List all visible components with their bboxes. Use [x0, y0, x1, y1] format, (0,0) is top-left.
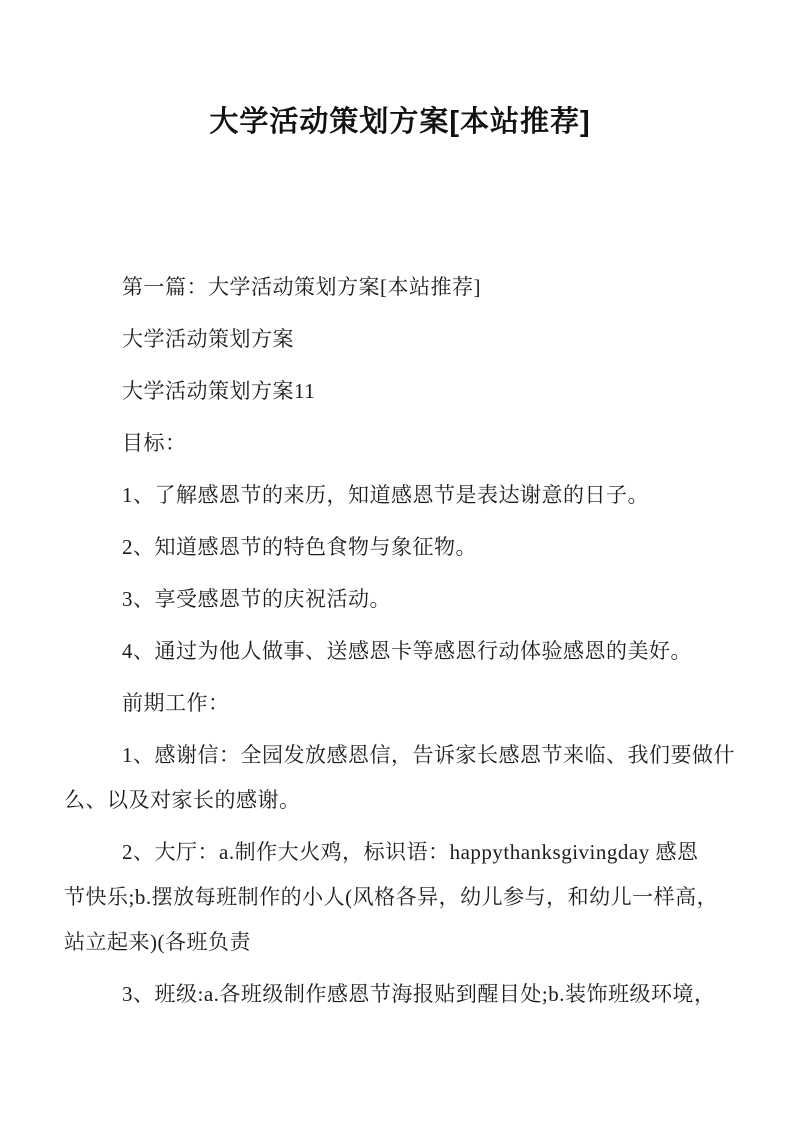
paragraph: 3、班级:a.各班级制作感恩节海报贴到醒目处;b.装饰班级环境，: [64, 972, 736, 1017]
document-body: 第一篇：大学活动策划方案[本站推荐] 大学活动策划方案 大学活动策划方案11 目…: [64, 265, 736, 1017]
paragraph-line: 大学活动策划方案: [64, 317, 736, 362]
paragraph-line: 第一篇：大学活动策划方案[本站推荐]: [64, 265, 736, 310]
paragraph: 前期工作：: [64, 681, 736, 726]
paragraph: 2、知道感恩节的特色食物与象征物。: [64, 525, 736, 570]
paragraph-line: 大学活动策划方案11: [64, 369, 736, 414]
paragraph-line: 2、知道感恩节的特色食物与象征物。: [64, 525, 736, 570]
paragraph-line: 3、享受感恩节的庆祝活动。: [64, 577, 736, 622]
paragraph-line: 目标：: [64, 421, 736, 466]
paragraph: 大学活动策划方案11: [64, 369, 736, 414]
paragraph: 目标：: [64, 421, 736, 466]
paragraph: 大学活动策划方案: [64, 317, 736, 362]
paragraph-line: 4、通过为他人做事、送感恩卡等感恩行动体验感恩的美好。: [64, 629, 736, 674]
document-title: 大学活动策划方案[本站推荐]: [64, 0, 736, 142]
paragraph: 3、享受感恩节的庆祝活动。: [64, 577, 736, 622]
paragraph-line: 站立起来)(各班负责: [64, 920, 736, 965]
paragraph: 第一篇：大学活动策划方案[本站推荐]: [64, 265, 736, 310]
paragraph-line: 1、感谢信：全园发放感恩信，告诉家长感恩节来临、我们要做什: [64, 733, 736, 778]
paragraph-line: 2、大厅：a.制作大火鸡，标识语：happythanksgivingday 感恩: [64, 830, 736, 875]
paragraph-line: 前期工作：: [64, 681, 736, 726]
document-page: 大学活动策划方案[本站推荐] 第一篇：大学活动策划方案[本站推荐] 大学活动策划…: [0, 0, 800, 1132]
paragraph-line: 1、了解感恩节的来历，知道感恩节是表达谢意的日子。: [64, 473, 736, 518]
paragraph: 2、大厅：a.制作大火鸡，标识语：happythanksgivingday 感恩…: [64, 830, 736, 965]
paragraph-line: 么、以及对家长的感谢。: [64, 778, 736, 823]
paragraph-line: 3、班级:a.各班级制作感恩节海报贴到醒目处;b.装饰班级环境，: [64, 972, 736, 1017]
paragraph: 1、了解感恩节的来历，知道感恩节是表达谢意的日子。: [64, 473, 736, 518]
paragraph-line: 节快乐;b.摆放每班制作的小人(风格各异，幼儿参与，和幼儿一样高，: [64, 875, 736, 920]
paragraph: 1、感谢信：全园发放感恩信，告诉家长感恩节来临、我们要做什 么、以及对家长的感谢…: [64, 733, 736, 823]
paragraph: 4、通过为他人做事、送感恩卡等感恩行动体验感恩的美好。: [64, 629, 736, 674]
